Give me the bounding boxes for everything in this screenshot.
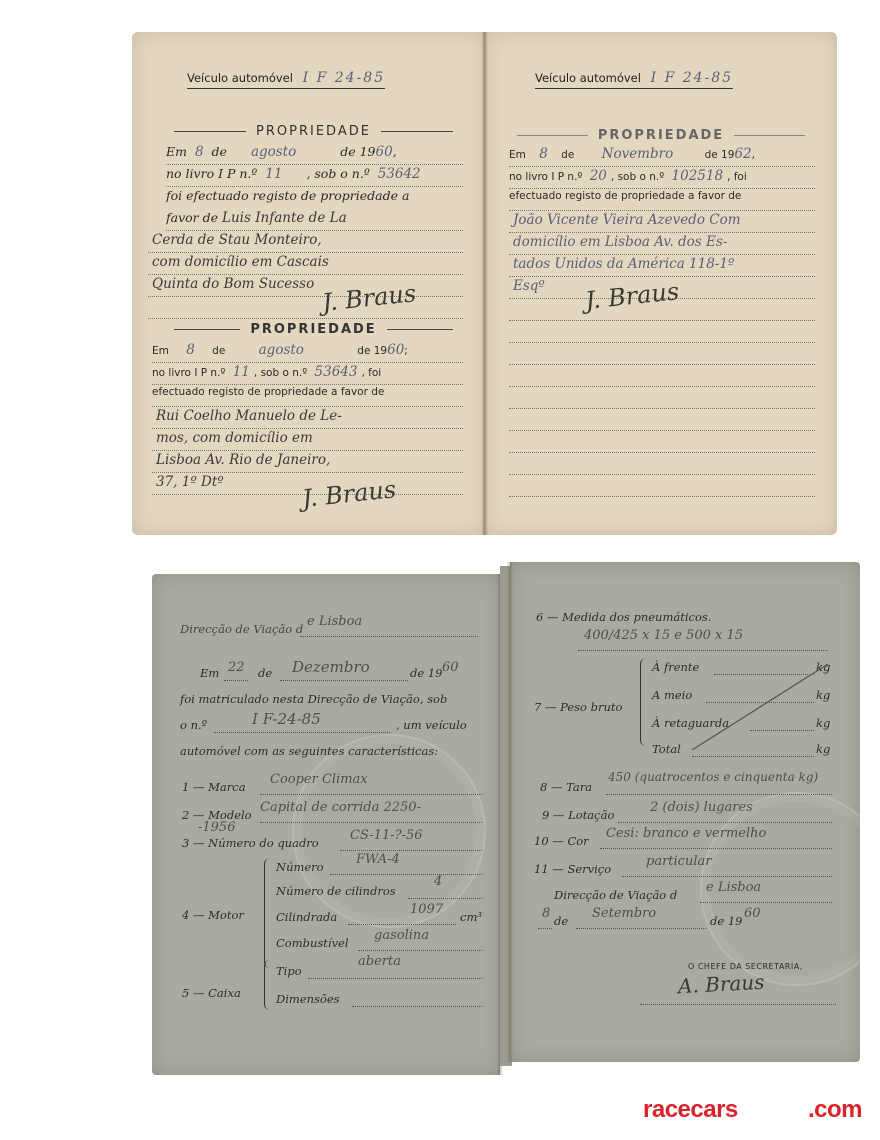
motor-cilindrada-value: 1097 bbox=[410, 902, 443, 917]
header-label: Veículo automóvel bbox=[187, 71, 293, 85]
booklet-fold bbox=[507, 562, 513, 1062]
owner-address: Esqº bbox=[513, 278, 545, 294]
motor-cilindros-fill bbox=[408, 884, 482, 899]
book-line: no livro I P n.º 11 , sob o n.º 53642 bbox=[166, 166, 463, 187]
caixa-dimensoes-label: Dimensões bbox=[276, 992, 340, 1006]
register-number: 53642 bbox=[378, 166, 421, 182]
label: no livro I P n.º bbox=[509, 171, 582, 183]
label: Em bbox=[152, 345, 169, 357]
caixa-tipo-value: aberta bbox=[358, 954, 401, 969]
section-title-text: PROPRIEDADE bbox=[250, 322, 376, 337]
plate-number: I F-24-85 bbox=[252, 710, 321, 728]
tara-value: 450 (quatrocentos e cinquenta kg) bbox=[608, 770, 818, 784]
direccao-label: Direcção de Viação d bbox=[180, 622, 303, 636]
empty-line bbox=[509, 454, 815, 475]
direccao-value: e Lisboa bbox=[307, 614, 362, 629]
peso-label: 7 — Peso bruto bbox=[534, 700, 622, 714]
tara-label: 8 — Tara bbox=[540, 780, 592, 794]
day-value: 8 bbox=[542, 906, 550, 921]
date-line: Em 8 de agosto de 1960, bbox=[166, 144, 463, 165]
book-value: 11 bbox=[265, 166, 282, 182]
date-line: Em 8 de Novembro de 1962, bbox=[509, 146, 815, 167]
owner-line: favor deLuis Infante de La bbox=[166, 210, 463, 231]
unit-label: cm³ bbox=[460, 910, 482, 924]
year-value: 60 bbox=[442, 660, 459, 675]
label: de 19 bbox=[705, 149, 735, 161]
registration-text: foi matriculado nesta Direcção de Viação… bbox=[180, 692, 447, 706]
caixa-dimensoes-fill bbox=[352, 992, 482, 1007]
book-line: no livro I P n.º 11, sob o n.º 53643, fo… bbox=[152, 364, 463, 385]
vehicle-header: Veículo automóvel I F 24-85 bbox=[187, 70, 385, 89]
marca-value: Cooper Climax bbox=[270, 772, 368, 787]
label: de 19 bbox=[357, 345, 387, 357]
motor-combustivel-label: Combustível bbox=[276, 936, 349, 950]
peso-total-label: Total bbox=[652, 742, 681, 756]
motor-numero-fill bbox=[330, 860, 482, 875]
caixa-brace bbox=[264, 960, 271, 1010]
lotacao-label: 9 — Lotação bbox=[542, 808, 614, 822]
year-value: 62 bbox=[734, 146, 751, 162]
section-title: PROPRIEDADE bbox=[507, 128, 815, 143]
booklet-fold bbox=[482, 32, 488, 535]
strike-line bbox=[690, 662, 830, 752]
servico-value: particular bbox=[646, 854, 711, 869]
marca-label: 1 — Marca bbox=[182, 780, 246, 794]
signature: A. Braus bbox=[677, 970, 765, 998]
motor-combustivel-value: gasolina bbox=[374, 928, 429, 943]
quadro-value: CS-11-?-56 bbox=[350, 828, 423, 843]
label: de bbox=[554, 914, 568, 928]
label: de 19 bbox=[410, 666, 442, 680]
section-title: PROPRIEDADE bbox=[164, 322, 463, 337]
label: Em bbox=[509, 149, 526, 161]
label: , foi bbox=[727, 171, 747, 183]
label: no livro I P n.º bbox=[152, 367, 225, 379]
plate-number: I F 24-85 bbox=[651, 70, 734, 86]
label: de 19 bbox=[340, 144, 375, 159]
year-value: 60 bbox=[376, 144, 393, 160]
plate-number: I F 24-85 bbox=[303, 70, 386, 86]
year-value: 60 bbox=[387, 342, 404, 358]
bottom-left-page: Direcção de Viação d e Lisboa Em 22 de D… bbox=[152, 574, 500, 1075]
cor-label: 10 — Cor bbox=[534, 834, 589, 848]
peso-brace bbox=[640, 658, 647, 746]
bottom-right-page: 6 — Medida dos pneumáticos. 400/425 x 15… bbox=[510, 562, 860, 1062]
characteristics-heading: automóvel com as seguintes característic… bbox=[180, 744, 438, 758]
label: no livro I P n.º bbox=[166, 166, 257, 181]
motor-brace bbox=[264, 858, 271, 968]
month-value: Setembro bbox=[592, 906, 656, 921]
motor-numero-label: Número bbox=[276, 860, 324, 874]
owner-address: Lisboa Av. Rio de Janeiro, bbox=[156, 452, 330, 468]
servico-label: 11 — Serviço bbox=[534, 862, 611, 876]
register-number: 53643 bbox=[315, 364, 358, 380]
registry-text: foi efectuado registo de propriedade a bbox=[166, 188, 463, 208]
register-number: 102518 bbox=[672, 168, 724, 184]
year-value: 60 bbox=[744, 906, 761, 921]
empty-line bbox=[509, 322, 815, 343]
owner-address: domicílio em Lisboa Av. dos Es- bbox=[513, 234, 727, 250]
peso-meio-label: A meio bbox=[652, 688, 692, 702]
empty-line bbox=[509, 410, 815, 431]
label: de bbox=[212, 144, 227, 159]
day-value: 8 bbox=[195, 144, 204, 160]
month-value: agosto bbox=[259, 342, 304, 358]
date-line: Em 8 de agosto de 1960; bbox=[152, 342, 463, 363]
label: de bbox=[561, 149, 574, 161]
day-value: 8 bbox=[539, 146, 548, 162]
direccao-value: e Lisboa bbox=[706, 880, 761, 895]
empty-line bbox=[509, 300, 815, 321]
owner-address: Quinta do Bom Sucesso bbox=[152, 276, 314, 292]
motor-label: 4 — Motor bbox=[182, 908, 244, 922]
section-title: PROPRIEDADE bbox=[164, 124, 463, 139]
month-value: agosto bbox=[251, 144, 296, 160]
caixa-label: 5 — Caixa bbox=[182, 986, 241, 1000]
owner-name: Cerda de Stau Monteiro, bbox=[152, 232, 322, 248]
chefe-label: O CHEFE DA SECRETARIA, bbox=[688, 962, 803, 971]
label: de bbox=[212, 345, 225, 357]
month-value: Dezembro bbox=[292, 658, 370, 676]
label: favor de bbox=[166, 210, 218, 225]
owner-address: tados Unidos da América 118-1º bbox=[513, 256, 734, 272]
cor-value: Cesi: branco e vermelho bbox=[606, 826, 766, 841]
modelo-year: -1956 bbox=[198, 820, 235, 835]
pneus-label: 6 — Medida dos pneumáticos. bbox=[536, 610, 711, 624]
label: , sob o n.º bbox=[254, 367, 307, 379]
racecars-logo-domain: .com bbox=[808, 1096, 862, 1124]
section-title-text: PROPRIEDADE bbox=[256, 124, 371, 139]
lotacao-value: 2 (dois) lugares bbox=[650, 800, 753, 815]
owner-name: Luis Infante de La bbox=[222, 210, 347, 226]
empty-line bbox=[509, 476, 815, 497]
pneus-value: 400/425 x 15 e 500 x 15 bbox=[584, 628, 743, 643]
label: , um veículo bbox=[396, 718, 467, 732]
section-title-text: PROPRIEDADE bbox=[598, 128, 724, 143]
month-value: Novembro bbox=[602, 146, 674, 162]
owner-name: João Vicente Vieira Azevedo Com bbox=[513, 212, 741, 228]
empty-line bbox=[509, 366, 815, 387]
registry-text: efectuado registo de propriedade a favor… bbox=[152, 386, 463, 407]
direccao-label: Direcção de Viação d bbox=[554, 888, 677, 902]
label: , foi bbox=[361, 367, 381, 379]
label: , sob o n.º bbox=[306, 166, 369, 181]
owner-address: com domicílio em Cascais bbox=[152, 254, 329, 270]
caixa-tipo-label: Tipo bbox=[276, 964, 302, 978]
registry-text: efectuado registo de propriedade a favor… bbox=[509, 190, 815, 211]
label: de 19 bbox=[710, 914, 742, 928]
owner-name: mos, com domicílio em bbox=[156, 430, 313, 446]
day-value: 8 bbox=[186, 342, 195, 358]
label: de bbox=[258, 666, 272, 680]
owner-name: Rui Coelho Manuelo de Le- bbox=[156, 408, 342, 424]
motor-cilindrada-label: Cilindrada bbox=[276, 910, 337, 924]
top-left-page: Veículo automóvel I F 24-85 PROPRIEDADE … bbox=[132, 32, 485, 535]
header-label: Veículo automóvel bbox=[535, 71, 641, 85]
book-value: 20 bbox=[590, 168, 607, 184]
empty-line bbox=[509, 388, 815, 409]
book-line: no livro I P n.º 20, sob o n.º 102518, f… bbox=[509, 168, 815, 189]
owner-address: 37, 1º Dtº bbox=[156, 474, 224, 490]
empty-line bbox=[509, 432, 815, 453]
racecars-logo-text: racecars bbox=[643, 1096, 738, 1124]
modelo-value: Capital de corrida 2250- bbox=[260, 800, 421, 815]
top-right-page: Veículo automóvel I F 24-85 PROPRIEDADE … bbox=[485, 32, 837, 535]
book-value: 11 bbox=[233, 364, 250, 380]
vehicle-header: Veículo automóvel I F 24-85 bbox=[535, 70, 733, 89]
label: , sob o n.º bbox=[611, 171, 664, 183]
motor-numero-value: FWA-4 bbox=[356, 852, 400, 867]
motor-cilindros-value: 4 bbox=[434, 874, 442, 889]
label: o n.º bbox=[180, 718, 207, 732]
label: Em bbox=[166, 144, 187, 159]
label: Em bbox=[200, 666, 219, 680]
empty-line bbox=[509, 344, 815, 365]
quadro-label: 3 — Número do quadro bbox=[182, 836, 319, 850]
motor-cilindros-label: Número de cilindros bbox=[276, 884, 396, 898]
day-value: 22 bbox=[228, 660, 245, 675]
